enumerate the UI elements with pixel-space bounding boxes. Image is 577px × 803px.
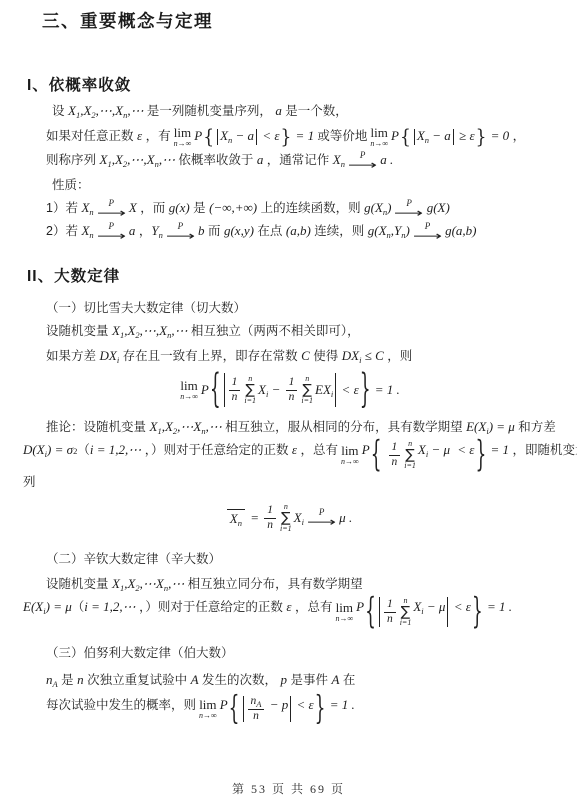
math-run: n (392, 456, 398, 469)
math-var: X2 (115, 152, 127, 169)
math-run: ,⋯ (206, 419, 226, 435)
paragraph: 如果方差 DXi 存在且一致有上界，即存在常数 C 使得 DXi ≤ C ，则 (46, 346, 567, 367)
limit-subscript: n→∞ (335, 615, 353, 623)
limit-word: lim (336, 601, 353, 614)
denominator: n (289, 391, 295, 404)
math-var: Xi (413, 599, 423, 616)
text-run: （三）伯努利大数定律（伯大数） (46, 643, 234, 661)
math-var: X2 (127, 576, 139, 593)
text-run: 则称序列 (46, 150, 99, 168)
limit: limn→∞ (199, 698, 217, 720)
math-var: Xn (147, 152, 159, 169)
paragraph: D(Xi) = σ2（i = 1,2,⋯ ，）则对于任意给定的正数 ε ，总有l… (23, 440, 567, 470)
math-var: Xi (37, 442, 47, 459)
text-run: （ (72, 597, 85, 615)
arrow-icon: ⟶ (307, 517, 336, 528)
math-run: P (220, 697, 228, 713)
sum-lower-bound: i=1 (400, 619, 412, 627)
math-run: 1 (387, 598, 393, 611)
math-run: = 1 . (326, 697, 354, 713)
text-run: 是一个数， (282, 101, 348, 119)
math-run: D( (23, 442, 37, 458)
math-run: − p (266, 697, 288, 713)
numerator: nA (248, 695, 265, 710)
paragraph: 则称序列 X1,X2,⋯,Xn,⋯ 依概率收敛于 a ，通常记作 XnP⟶a . (46, 150, 567, 171)
sigma-icon: ∑ (281, 511, 290, 525)
abs-bar (414, 129, 415, 145)
text-run: 在 (339, 670, 355, 688)
text-run: 使得 (310, 346, 342, 364)
page-footer: 第 53 页 共 69 页 (10, 776, 567, 799)
math-run: = 0 (487, 128, 509, 144)
math-run: i = 1,2,⋯ (90, 442, 141, 458)
brace: { (202, 126, 215, 149)
math-run: E( (466, 419, 478, 435)
abs-bar (379, 597, 380, 627)
limit-subscript: n→∞ (341, 458, 359, 466)
abs-bar (290, 696, 291, 722)
math-run: P (362, 442, 370, 458)
limit-subscript: n→∞ (370, 140, 388, 148)
text-run: 如果对任意正数 (46, 126, 137, 144)
brace: } (314, 690, 327, 728)
math-var: Xn (417, 128, 429, 145)
paragraph: E(Xi) = μ（i = 1,2,⋯ ，）则对于任意给定的正数 ε ，总有li… (23, 597, 567, 627)
sum-lower-bound: i=1 (280, 525, 292, 533)
text-run: 上的连续函数，则 (257, 198, 364, 216)
text-run: 是 (58, 670, 77, 688)
math-var: Xi (35, 599, 45, 616)
math-run: g( (364, 200, 375, 216)
text-run: 存在且一致有上界，即存在常数 (119, 346, 301, 364)
math-run: n (267, 519, 273, 532)
text-run: （ (77, 440, 90, 458)
brace: } (474, 434, 487, 476)
math-run: g(x,y) (224, 223, 254, 239)
paragraph: 推论：设随机变量 X1,X2,⋯Xn,⋯ 相互独立，服从相同的分布，具有数学期望… (46, 417, 567, 438)
math-run: ≤ C (362, 348, 384, 364)
subscript: n (89, 230, 93, 240)
text-run: （一）切比雪夫大数定律（切大数） (46, 298, 246, 316)
text-run: 依概率收敛于 (178, 150, 256, 168)
subscript: A (256, 699, 261, 709)
math-var: X1 (68, 103, 80, 120)
math-run: < ε (293, 697, 313, 713)
p-arrow: P⟶ (103, 199, 120, 219)
abs-bar (217, 129, 218, 145)
limit-word: lim (341, 444, 358, 457)
subscript: i (302, 517, 304, 527)
text-run: ，而 (137, 198, 169, 216)
paragraph: nA 是 n 次独立重复试验中 A 发生的次数， p 是事件 A 在 (46, 670, 567, 691)
document-body: 三、重要概念与定理I、依概率收敛设 X1,X2,⋯,Xn,⋯ 是一列随机变量序列… (10, 8, 567, 723)
sigma-icon: ∑ (303, 383, 312, 397)
math-run: n (232, 391, 238, 404)
math-run: X (129, 200, 137, 216)
text-run: ，则 (384, 346, 412, 364)
subscript: n (341, 159, 345, 169)
math-run: (a,b) (286, 223, 311, 239)
limit: limn→∞ (174, 126, 192, 148)
brace: { (209, 367, 222, 413)
fraction: 1n (264, 504, 276, 531)
section-heading-2: II、大数定律 (27, 264, 567, 286)
math-var: Xn (159, 323, 171, 340)
math-run: P (356, 599, 364, 615)
numerator: 1 (229, 376, 241, 390)
denominator: n (232, 391, 238, 404)
math-run: g(a,b) (445, 223, 476, 239)
math-run: (−∞,+∞) (209, 200, 257, 216)
math-run: n (387, 613, 393, 626)
summation: n∑i=1 (301, 375, 313, 405)
text-run: 在点 (254, 221, 286, 239)
text-run: ， (509, 126, 525, 144)
brace: { (228, 690, 241, 728)
text-run: 推论：设随机变量 (46, 417, 149, 435)
math-run: A (191, 672, 199, 688)
text-run: 而 (205, 221, 224, 239)
math-var: Xn (220, 128, 232, 145)
numerator: 1 (384, 598, 396, 612)
paragraph: 设 X1,X2,⋯,Xn,⋯ 是一列随机变量序列， a 是一个数， (52, 101, 567, 122)
limit-word: lim (174, 126, 191, 139)
limit-subscript: n→∞ (180, 393, 198, 401)
sigma-icon: ∑ (246, 383, 255, 397)
math-run: < ε (454, 442, 474, 458)
sum-lower-bound: i=1 (404, 462, 416, 470)
document-page: 三、重要概念与定理I、依概率收敛设 X1,X2,⋯,Xn,⋯ 是一列随机变量序列… (0, 0, 577, 803)
text-run: 设 (52, 101, 68, 119)
math-run: < ε (338, 382, 358, 398)
limit-word: lim (371, 126, 388, 139)
text-run: 或等价地 (317, 126, 367, 144)
text-run: 相互独立（两两不相关即可）， (191, 321, 360, 339)
math-var: nA (251, 695, 262, 709)
display-formula: Xn = 1nn∑i=1XiP⟶μ . (10, 495, 567, 541)
math-var: Xi (294, 510, 304, 527)
limit: limn→∞ (341, 444, 359, 466)
subscript: n (238, 518, 242, 528)
text-run: ，通常记作 (263, 150, 332, 168)
math-var: X1 (112, 323, 124, 340)
paragraph: 性质： (52, 175, 567, 196)
abs-bar (243, 696, 244, 722)
text-run: （二）辛钦大数定律（辛大数） (46, 549, 221, 567)
math-run: ) (406, 223, 410, 239)
text-run: ，即随机变量序 (509, 440, 577, 458)
math-run: < ε (259, 128, 279, 144)
math-var: Xn (156, 576, 168, 593)
math-var: X1 (112, 576, 124, 593)
math-var: Yn (151, 223, 162, 240)
section-heading-1: I、依概率收敛 (27, 73, 567, 95)
arrow-icon: ⟶ (97, 208, 126, 219)
math-run: ) = μ (489, 419, 515, 435)
math-run: μ . (339, 510, 352, 526)
paragraph: 如果对任意正数 ε ，有limn→∞P{Xn − a < ε} = 1 或等价地… (46, 126, 567, 148)
text-run: 发生的次数， (199, 670, 281, 688)
math-run: P (391, 128, 399, 144)
text-run: 每次试验中发生的概率，则 (46, 695, 196, 713)
math-run: = 1 . (484, 599, 512, 615)
math-run: . (387, 152, 394, 168)
denominator: n (392, 456, 398, 469)
limit-word: lim (199, 698, 216, 711)
text-run: 次独立重复试验中 (84, 670, 191, 688)
p-arrow: P⟶ (354, 151, 371, 171)
denominator: n (267, 519, 273, 532)
property-2: 2）若 XnP⟶a ，YnP⟶b 而 g(x,y) 在点 (a,b) 连续，则 … (46, 221, 567, 242)
math-run: ,⋯, (96, 103, 116, 119)
sigma-icon: ∑ (401, 605, 410, 619)
math-run: ,⋯ (168, 576, 188, 592)
text-run: 相互独立同分布，具有数学期望 (188, 574, 363, 592)
math-var: X1 (99, 152, 111, 169)
abs-bar (453, 129, 454, 145)
subsection-heading-1: （一）切比雪夫大数定律（切大数） (46, 298, 567, 319)
text-run: 设随机变量 (46, 321, 112, 339)
math-run: ≥ ε (456, 128, 475, 144)
arrow-icon: ⟶ (97, 231, 126, 242)
denominator: n (253, 710, 259, 723)
property-1: 1）若 XnP⟶X ，而 g(x) 是 (−∞,+∞) 上的连续函数，则 g(X… (46, 198, 567, 219)
math-run: − a (232, 128, 254, 144)
math-run: < ε (450, 599, 470, 615)
math-run: A (331, 672, 339, 688)
math-run: ) = σ (47, 442, 73, 458)
text-run: 1）若 (46, 198, 81, 216)
arrow-icon: ⟶ (394, 208, 423, 219)
math-run: − μ (428, 442, 450, 458)
brace: { (370, 434, 383, 476)
subscript: i (331, 389, 333, 399)
math-run: − μ (424, 599, 446, 615)
math-run: ,⋯ (159, 152, 179, 168)
paragraph: 设随机变量 X1,X2,⋯Xn,⋯ 相互独立同分布，具有数学期望 (46, 574, 567, 595)
math-run: ,⋯, (127, 152, 147, 168)
footer-text: 第 53 页 共 69 页 (232, 782, 345, 796)
math-var: Xn (81, 223, 93, 240)
subscript: n (89, 207, 93, 217)
brace: } (279, 126, 292, 149)
text-run: 是一列随机变量序列， (147, 101, 275, 119)
math-run: 1 (232, 376, 238, 389)
math-run: = (247, 510, 262, 526)
limit: limn→∞ (335, 601, 353, 623)
math-var: X2 (165, 419, 177, 436)
math-run: P (194, 128, 202, 144)
math-run: ,⋯ (177, 419, 193, 435)
math-run: C (301, 348, 310, 364)
p-arrow: P⟶ (313, 508, 330, 528)
display-formula: limn→∞P{1nn∑i=1Xi − 1nn∑i=1EXi < ε} = 1 … (10, 367, 567, 413)
subsection-heading-2: （二）辛钦大数定律（辛大数） (46, 549, 567, 570)
math-var: Xn (230, 511, 242, 528)
summation: n∑i=1 (244, 375, 256, 405)
sigma-icon: ∑ (405, 448, 414, 462)
brace: } (471, 591, 484, 633)
limit-subscript: n→∞ (199, 712, 217, 720)
brace: } (475, 126, 488, 149)
math-run: ,⋯ (140, 576, 156, 592)
math-var: Xn (375, 200, 387, 217)
p-arrow: P⟶ (172, 222, 189, 242)
math-run: n (289, 391, 295, 404)
text-run: 和方差 (515, 417, 556, 435)
denominator: n (387, 613, 393, 626)
text-run: ，）则对于任意给定的正数 (136, 597, 287, 615)
brace: } (359, 367, 372, 413)
math-run: ,⋯ (171, 323, 191, 339)
math-run: = 1 (292, 128, 317, 144)
math-run: i = 1,2,⋯ (84, 599, 135, 615)
text-run: ，）则对于任意给定的正数 (141, 440, 292, 458)
text-run: 连续，则 (311, 221, 368, 239)
text-run: 相互独立，服从相同的分布，具有数学期望 (225, 417, 466, 435)
summation: n∑i=1 (400, 597, 412, 627)
abs-bar (447, 597, 448, 627)
math-run: P (201, 382, 209, 398)
limit-subscript: n→∞ (174, 140, 192, 148)
sum-lower-bound: i=1 (244, 397, 256, 405)
fraction: 1n (286, 376, 298, 403)
math-var: Xi (258, 382, 268, 399)
fraction: 1n (229, 376, 241, 403)
abs-bar (335, 373, 336, 407)
numerator: 1 (264, 504, 276, 518)
text-run: 是 (190, 198, 209, 216)
text-run: 如果方差 (46, 346, 99, 364)
math-run: ) (387, 200, 391, 216)
math-run: ) = μ (46, 599, 72, 615)
math-var: Xi (418, 442, 428, 459)
fraction: nAn (248, 695, 265, 723)
subscript: n (159, 230, 163, 240)
limit-word: lim (180, 379, 197, 392)
text-run: ， (135, 221, 151, 239)
math-run: 1 (289, 376, 295, 389)
math-var: Yn (394, 223, 405, 240)
p-arrow: P⟶ (103, 222, 120, 242)
paragraph: 设随机变量 X1,X2,⋯,Xn,⋯ 相互独立（两两不相关即可）， (46, 321, 567, 342)
math-var: X1 (149, 419, 161, 436)
math-run: n (253, 710, 259, 723)
text-run: ，总有 (297, 440, 338, 458)
text-run: 列 (23, 472, 36, 490)
abs-bar (256, 129, 257, 145)
math-var: Xn (379, 223, 391, 240)
math-run: g(x) (169, 200, 190, 216)
math-var: EXi (315, 382, 333, 399)
text-run: 性质： (52, 175, 90, 193)
math-var: Xn (115, 103, 127, 120)
text-run: 设随机变量 (46, 574, 112, 592)
sum-lower-bound: i=1 (301, 397, 313, 405)
math-run: g( (368, 223, 379, 239)
summation: n∑i=1 (404, 440, 416, 470)
math-run: g(X) (427, 200, 450, 216)
subsection-heading-3: （三）伯努利大数定律（伯大数） (46, 643, 567, 664)
math-run: = 1 . (372, 382, 400, 398)
math-var: Xn (81, 200, 93, 217)
fraction: 1n (389, 441, 401, 468)
arrow-icon: ⟶ (166, 231, 195, 242)
math-run: ,⋯ (127, 103, 147, 119)
text-run: 2）若 (46, 221, 81, 239)
paragraph: 每次试验中发生的概率，则limn→∞P{nAn − p < ε} = 1 . (46, 695, 567, 723)
math-var: Xn (193, 419, 205, 436)
p-arrow: P⟶ (419, 222, 436, 242)
math-run: 1 (392, 441, 398, 454)
math-run: ,⋯, (140, 323, 160, 339)
arrow-icon: ⟶ (348, 160, 377, 171)
text-run: 是事件 (287, 670, 331, 688)
math-run: − (268, 382, 283, 398)
fraction: 1n (384, 598, 396, 625)
math-run: = 1 (487, 442, 509, 458)
math-var: X2 (127, 323, 139, 340)
math-var: X2 (83, 103, 95, 120)
text-run: ，总有 (291, 597, 332, 615)
math-run: − a (429, 128, 451, 144)
brace: { (399, 126, 412, 149)
p-arrow: P⟶ (400, 199, 417, 219)
math-var: nA (46, 672, 58, 689)
page-title: 三、重要概念与定理 (42, 8, 567, 33)
summation: n∑i=1 (280, 503, 292, 533)
abs-bar (224, 373, 225, 407)
arrow-icon: ⟶ (413, 231, 442, 242)
limit: limn→∞ (180, 379, 198, 401)
overline: Xn (227, 509, 245, 528)
text-run: ，有 (142, 126, 170, 144)
math-var: Xn (333, 152, 345, 169)
numerator: 1 (389, 441, 401, 455)
math-var: DXi (99, 348, 119, 365)
numerator: 1 (286, 376, 298, 390)
math-run: 1 (267, 504, 273, 517)
limit: limn→∞ (370, 126, 388, 148)
math-var: DXi (342, 348, 362, 365)
brace: { (364, 591, 377, 633)
math-run: E( (23, 599, 35, 615)
